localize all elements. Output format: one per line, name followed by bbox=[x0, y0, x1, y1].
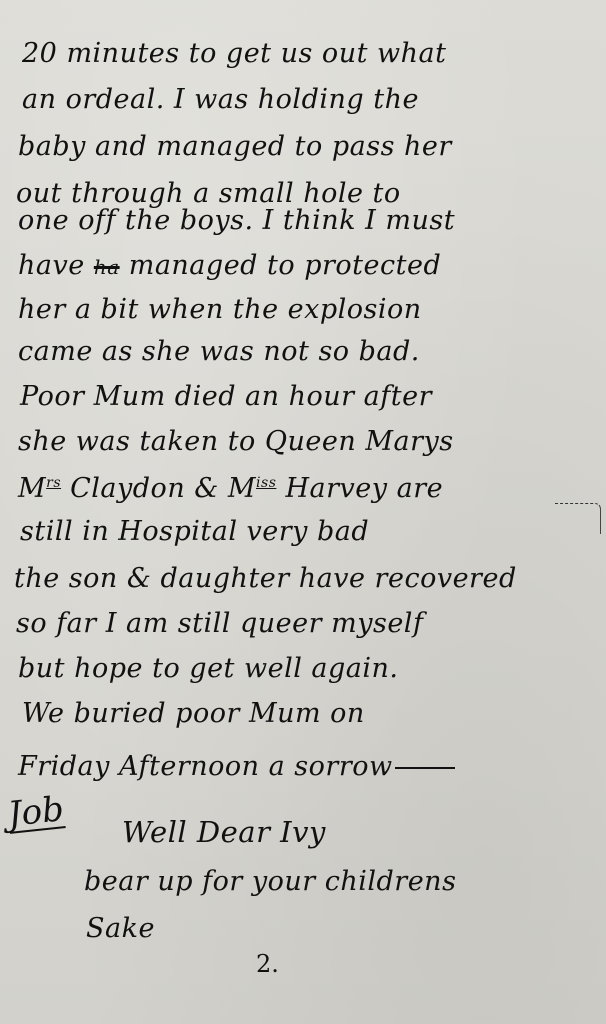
letter-line-20: Sake bbox=[86, 915, 155, 942]
letter-line-8: came as she was not so bad. bbox=[18, 338, 420, 365]
letter-line-13: the son & daughter have recovered bbox=[14, 565, 517, 592]
letter-line-11: Mrs Claydon & Miss Harvey are bbox=[18, 475, 443, 502]
superscript-rs: rs bbox=[46, 475, 61, 491]
superscript-iss: iss bbox=[256, 475, 276, 491]
text-managed-to-protected: managed to protected bbox=[129, 250, 442, 281]
text-friday-afternoon: Friday Afternoon a sorrow bbox=[18, 751, 393, 782]
letter-line-5: one off the boys. I think I must bbox=[18, 207, 455, 234]
trailing-dash bbox=[395, 767, 455, 769]
letter-line-6: have ha managed to protected bbox=[18, 252, 441, 279]
text-harvey-are: Harvey are bbox=[276, 473, 443, 504]
page-number: 2. bbox=[256, 950, 279, 978]
text-m: M bbox=[18, 473, 46, 504]
letter-line-3: baby and managed to pass her bbox=[18, 133, 452, 160]
letter-line-15: but hope to get well again. bbox=[18, 655, 399, 682]
letter-line-18: Well Dear Ivy bbox=[122, 818, 326, 847]
letter-line-9: Poor Mum died an hour after bbox=[20, 383, 432, 410]
text-have: have bbox=[18, 250, 85, 281]
margin-bracket bbox=[555, 503, 601, 534]
letter-line-7: her a bit when the explosion bbox=[18, 296, 422, 323]
struck-out-word: ha bbox=[94, 255, 120, 279]
letter-line-17: Friday Afternoon a sorrow bbox=[18, 753, 455, 780]
margin-word-job: Job bbox=[6, 792, 65, 834]
letter-line-12: still in Hospital very bad bbox=[20, 518, 369, 545]
letter-page: 20 minutes to get us out what an ordeal.… bbox=[0, 0, 606, 1024]
letter-line-14: so far I am still queer myself bbox=[16, 610, 423, 637]
letter-line-19: bear up for your childrens bbox=[84, 868, 456, 895]
letter-line-10: she was taken to Queen Marys bbox=[18, 428, 454, 455]
text-claydon-m: Claydon & M bbox=[61, 473, 256, 504]
letter-line-2: an ordeal. I was holding the bbox=[22, 86, 419, 113]
letter-line-16: We buried poor Mum on bbox=[22, 700, 365, 727]
letter-line-4: out through a small hole to bbox=[16, 180, 401, 207]
letter-line-1: 20 minutes to get us out what bbox=[22, 40, 446, 67]
